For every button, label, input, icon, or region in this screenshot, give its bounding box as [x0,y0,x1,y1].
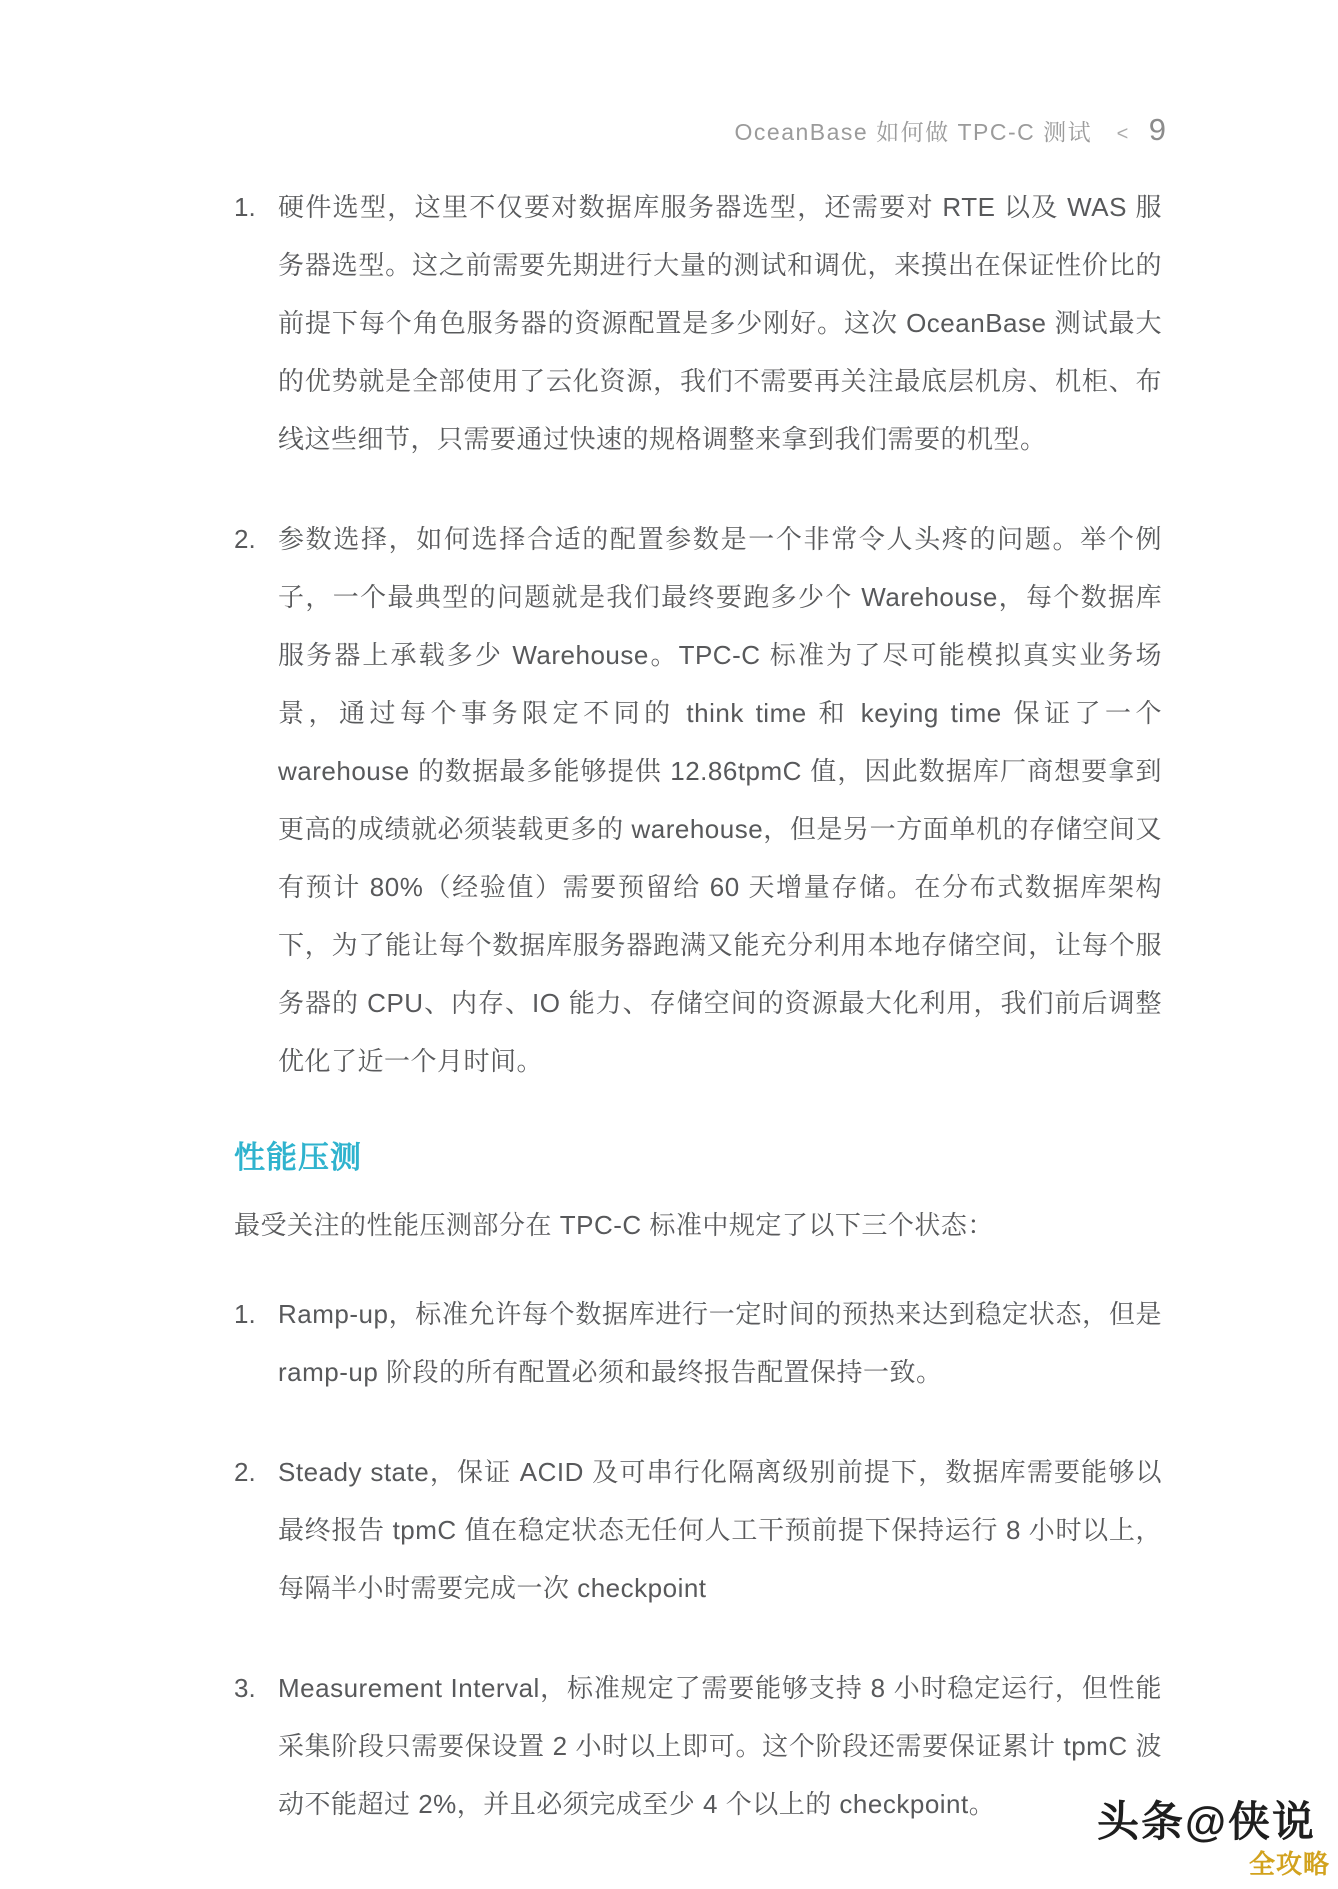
section-intro-paragraph: 最受关注的性能压测部分在 TPC-C 标准中规定了以下三个状态： [234,1203,1162,1247]
item-text: Measurement Interval，标准规定了需要能够支持 8 小时稳定运… [278,1659,1162,1833]
item-text: Ramp-up，标准允许每个数据库进行一定时间的预热来达到稳定状态，但是 ram… [278,1285,1162,1401]
item-text: 硬件选型，这里不仅要对数据库服务器选型，还需要对 RTE 以及 WAS 服务器选… [278,178,1162,468]
item-number: 3. [234,1659,278,1833]
list-item: 2. 参数选择，如何选择合适的配置参数是一个非常令人头疼的问题。举个例子，一个最… [234,510,1162,1090]
item-text: 参数选择，如何选择合适的配置参数是一个非常令人头疼的问题。举个例子，一个最典型的… [278,510,1162,1090]
document-page: OceanBase 如何做 TPC-C 测试 < 9 1. 硬件选型，这里不仅要… [0,0,1338,1889]
benchmark-states-list: 1. Ramp-up，标准允许每个数据库进行一定时间的预热来达到稳定状态，但是 … [234,1285,1162,1833]
watermark-tagline: 全攻略 [1249,1844,1330,1881]
list-item: 1. 硬件选型，这里不仅要对数据库服务器选型，还需要对 RTE 以及 WAS 服… [234,178,1162,468]
item-text: Steady state，保证 ACID 及可串行化隔离级别前提下，数据库需要能… [278,1443,1162,1617]
item-number: 2. [234,510,278,1090]
watermark-byline: 头条@侠说 [1097,1789,1316,1849]
list-item: 1. Ramp-up，标准允许每个数据库进行一定时间的预热来达到稳定状态，但是 … [234,1285,1162,1401]
text-column: 1. 硬件选型，这里不仅要对数据库服务器选型，还需要对 RTE 以及 WAS 服… [234,178,1162,1875]
header-separator: < [1117,123,1129,145]
page-number: 9 [1149,112,1166,147]
item-number: 2. [234,1443,278,1617]
page-header: OceanBase 如何做 TPC-C 测试 < 9 [0,112,1166,148]
item-number: 1. [234,178,278,468]
item-number: 1. [234,1285,278,1401]
list-item: 3. Measurement Interval，标准规定了需要能够支持 8 小时… [234,1659,1162,1833]
list-item: 2. Steady state，保证 ACID 及可串行化隔离级别前提下，数据库… [234,1443,1162,1617]
header-title: OceanBase 如何做 TPC-C 测试 [735,119,1093,145]
preparation-list: 1. 硬件选型，这里不仅要对数据库服务器选型，还需要对 RTE 以及 WAS 服… [234,178,1162,1090]
section-heading: 性能压测 [234,1132,1162,1177]
